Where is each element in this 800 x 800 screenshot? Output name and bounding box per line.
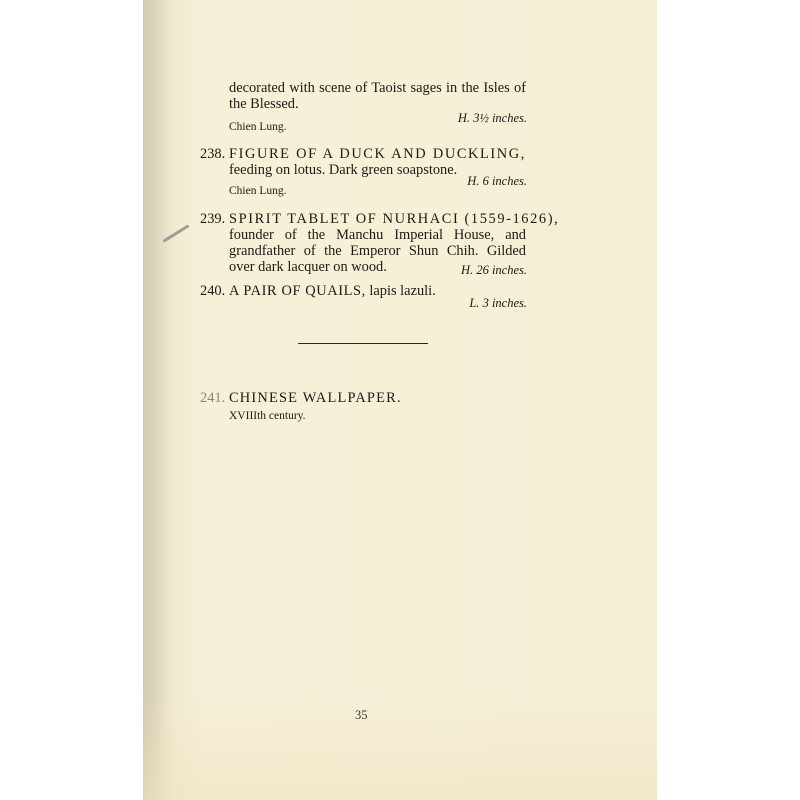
entry-text-line: over dark lacquer on wood. (229, 259, 387, 275)
page-number: 35 (355, 707, 368, 723)
entry-text-line: grandfather of the Emperor Shun Chih. Gi… (229, 243, 526, 259)
dimension-prefix: H. (458, 111, 473, 125)
entry-text-line: decorated with scene of Taoist sages in … (229, 80, 526, 96)
catalogue-page: decorated with scene of Taoist sages in … (143, 0, 657, 800)
dimension-prefix: L. (469, 296, 482, 310)
entry-title-line: A PAIR OF QUAILS, lapis lazuli. (229, 283, 436, 299)
section-divider (298, 343, 428, 344)
entry-text-line: the Blessed. (229, 96, 299, 112)
entry-text-line: feeding on lotus. Dark green soapstone. (229, 162, 457, 178)
dimension-prefix: H. (467, 174, 482, 188)
entry-number: 241. (200, 390, 225, 406)
entry-period: Chien Lung. (229, 119, 287, 135)
entry-title-suffix: lapis lazuli. (366, 283, 436, 299)
entry-text-line: founder of the Manchu Imperial House, an… (229, 227, 526, 243)
entry-dimension: H. 3½ inches. (458, 111, 527, 126)
entry-dimension: H. 26 inches. (461, 263, 527, 278)
entry-number: 238. (200, 146, 225, 162)
entry-period: Chien Lung. (229, 183, 287, 199)
entry-title: CHINESE WALLPAPER. (229, 390, 402, 406)
entry-title: A PAIR OF QUAILS, (229, 283, 366, 299)
entry-title: SPIRIT TABLET OF NURHACI (1559-1626), (229, 211, 526, 227)
dimension-value: 6 inches. (483, 174, 527, 188)
entry-dimension: L. 3 inches. (469, 296, 527, 311)
entry-dimension: H. 6 inches. (467, 174, 527, 189)
entry-number: 239. (200, 211, 225, 227)
dimension-value: 3½ inches. (473, 111, 527, 125)
spine-shadow (143, 0, 173, 800)
dimension-value: 3 inches. (483, 296, 527, 310)
entry-title: FIGURE OF A DUCK AND DUCKLING, (229, 146, 526, 162)
dimension-value: 26 inches. (476, 263, 527, 277)
entry-number: 240. (200, 283, 225, 299)
dimension-prefix: H. (461, 263, 476, 277)
entry-period: XVIIIth century. (229, 408, 306, 424)
